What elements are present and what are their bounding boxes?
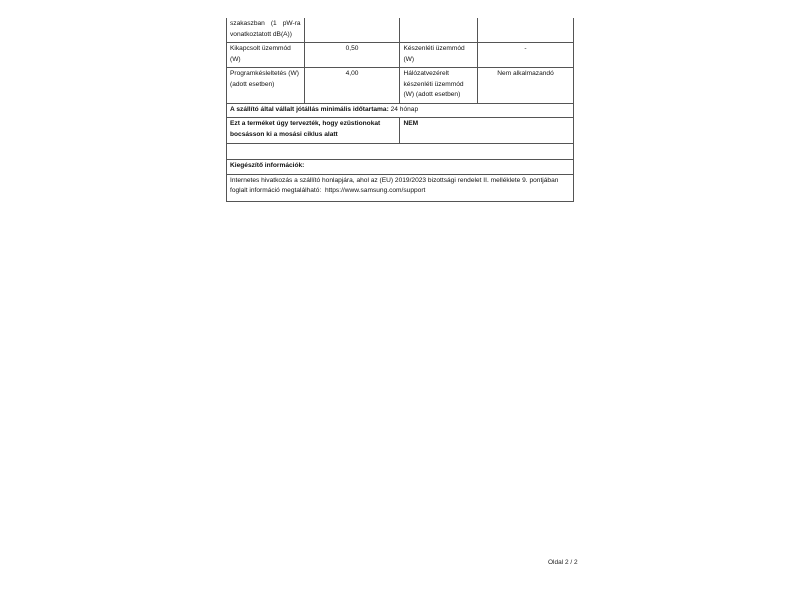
table-row-continued: szakaszban (1 pW-ra vonatkoztatott dB(A)… — [227, 18, 574, 43]
warranty-value: 24 hónap — [391, 106, 419, 113]
energy-label-table: szakaszban (1 pW-ra vonatkoztatott dB(A)… — [226, 18, 574, 202]
warranty-label: A szállító által vállalt jótállás minimá… — [230, 106, 389, 113]
standby-mode-label: Készenléti üzemmód (W) — [400, 43, 478, 68]
additional-info-row: Internetes hivatkozás a szállító honlapj… — [227, 174, 574, 201]
warranty-row: A szállító által vállalt jótállás minimá… — [227, 103, 574, 118]
continued-value-cell — [304, 18, 400, 43]
empty-cell — [227, 144, 574, 160]
additional-info-cell: Internetes hivatkozás a szállító honlapj… — [227, 174, 574, 201]
delay-start-value: 4,00 — [304, 68, 400, 104]
networked-standby-label: Hálózatvezérelt készenléti üzemmód (W) (… — [400, 68, 478, 104]
silver-ion-label: Ezt a terméket úgy tervezték, hogy ezüst… — [227, 118, 400, 144]
additional-info-heading: Kiegészítő információk: — [227, 160, 574, 175]
delay-start-label: Programkésleltetés (W) (adott esetben) — [227, 68, 305, 104]
silver-ion-row: Ezt a terméket úgy tervezték, hogy ezüst… — [227, 118, 574, 144]
continued-label2-cell — [400, 18, 478, 43]
off-mode-label: Kikapcsolt üzemmód (W) — [227, 43, 305, 68]
empty-row — [227, 144, 574, 160]
page-number: Oldal 2 / 2 — [548, 559, 578, 566]
continued-label-line1: szakaszban (1 pW-ra — [230, 19, 301, 30]
support-link[interactable]: https://www.samsung.com/support — [325, 187, 425, 194]
continued-label-line2: vonatkoztatott dB(A)) — [230, 30, 301, 41]
warranty-cell: A szállító által vállalt jótállás minimá… — [227, 103, 574, 118]
silver-ion-value: NEM — [400, 118, 574, 144]
additional-info-heading-row: Kiegészítő információk: — [227, 160, 574, 175]
table-row: Kikapcsolt üzemmód (W) 0,50 Készenléti ü… — [227, 43, 574, 68]
standby-mode-value: - — [478, 43, 574, 68]
table-row: Programkésleltetés (W) (adott esetben) 4… — [227, 68, 574, 104]
off-mode-value: 0,50 — [304, 43, 400, 68]
networked-standby-value: Nem alkalmazandó — [478, 68, 574, 104]
continued-label-cell: szakaszban (1 pW-ra vonatkoztatott dB(A)… — [227, 18, 305, 43]
continued-value2-cell — [478, 18, 574, 43]
